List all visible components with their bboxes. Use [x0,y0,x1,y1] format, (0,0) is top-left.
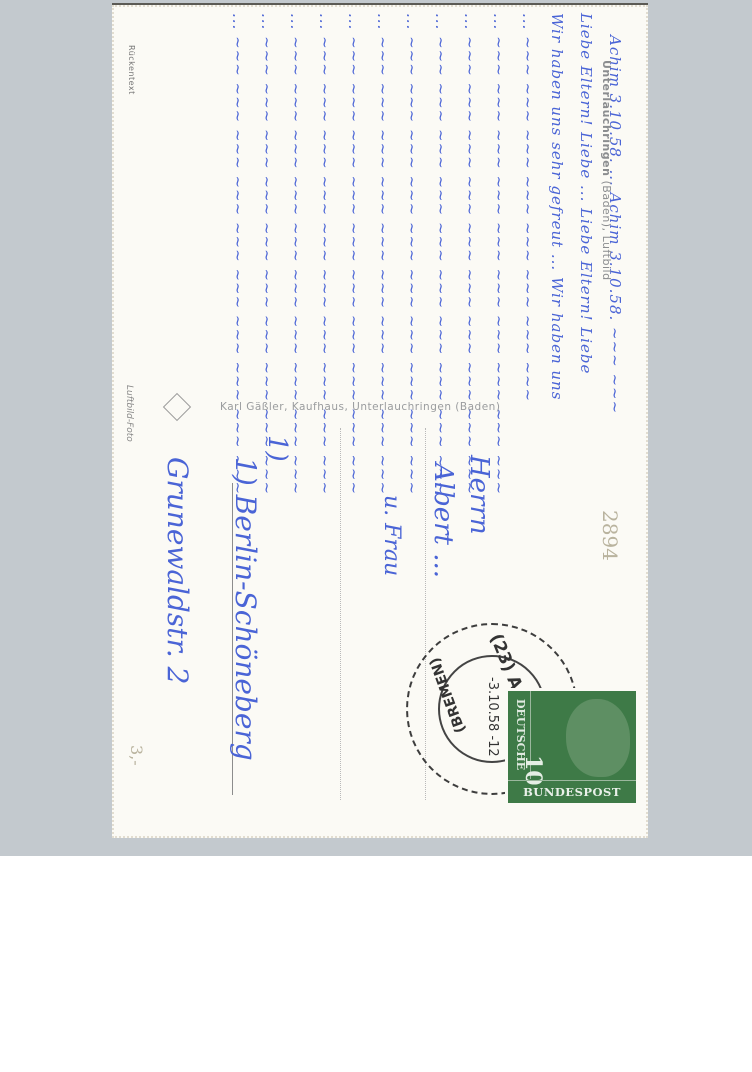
message-line: Wir haben uns sehr gefreut ... Wir haben… [548,13,566,400]
recipient-line-1: Herrn [464,455,494,535]
caption-place: Unterlauchringen [600,60,613,176]
caption-rest: (Baden), Luftbild [600,180,613,280]
message-line: ... ~~~ ~~~ ~~~ ~~~ ~~~ ~~~ ~~~ ~~~ ~~~ … [490,13,508,495]
address-street: Grunewaldstr. 2 [161,457,194,684]
message-line: ... ~~~ ~~~ ~~~ ~~~ ~~~ ~~~ ~~~ ~~~ ~~~ … [345,13,363,495]
message-line: ... ~~~ ~~~ ~~~ ~~~ ~~~ ~~~ ~~~ ~~~ ~~~ … [316,13,334,495]
photo-credit: Luftbild-Foto [124,385,134,442]
stamp-face: DEUTSCHE 10 BUNDESPOST [508,691,636,803]
message-line: ... ~~~ ~~~ ~~~ ~~~ ~~~ ~~~ ~~~ ~~~ ~~~ … [461,13,479,495]
sender-marker: 1) [262,435,292,462]
recipient-line-2: Albert ... [428,463,458,578]
printed-caption: Unterlauchringen (Baden), Luftbild [600,60,613,281]
address-city: 1) Berlin-Schöneberg [229,457,262,761]
message-line: ... ~~~ ~~~ ~~~ ~~~ ~~~ ~~~ ~~~ ~~~ ~~~ … [258,13,276,495]
postcard: Rückentext Achim 3.10.58. ... Achim 3.10… [112,3,648,838]
publisher-logo-icon [163,393,191,421]
address-divider-left [340,428,341,800]
message-line: ... ~~~ ~~~ ~~~ ~~~ ~~~ ~~~ ~~~ ~~~ ~~~ … [229,13,247,495]
stamp-issuer: BUNDESPOST [508,780,636,803]
pencil-price: 3,- [127,745,146,766]
postmark-date: -3.10.58 -12 [485,677,500,757]
message-line: ... ~~~ ~~~ ~~~ ~~~ ~~~ ~~~ ~~~ ~~~ [519,13,537,402]
message-line: ... ~~~ ~~~ ~~~ ~~~ ~~~ ~~~ ~~~ ~~~ ~~~ … [432,13,450,495]
pencil-inventory-number: 2894 [598,510,622,561]
side-strip-text: Rückentext [127,45,136,95]
message-line: ... ~~~ ~~~ ~~~ ~~~ ~~~ ~~~ ~~~ ~~~ ~~~ … [287,13,305,495]
message-line: ... ~~~ ~~~ ~~~ ~~~ ~~~ ~~~ ~~~ ~~~ ~~~ … [374,13,392,495]
portrait-icon [566,699,630,777]
message-line: ... ~~~ ~~~ ~~~ ~~~ ~~~ ~~~ ~~~ ~~~ ~~~ … [403,13,421,495]
message-line: Liebe Eltern! Liebe ... Liebe Eltern! Li… [577,13,595,374]
postage-stamp: DEUTSCHE 10 BUNDESPOST [505,688,643,812]
publisher-line: Karl Gäßler, Kaufhaus, Unterlauchringen … [220,401,500,413]
recipient-line-3: u. Frau [379,495,404,576]
